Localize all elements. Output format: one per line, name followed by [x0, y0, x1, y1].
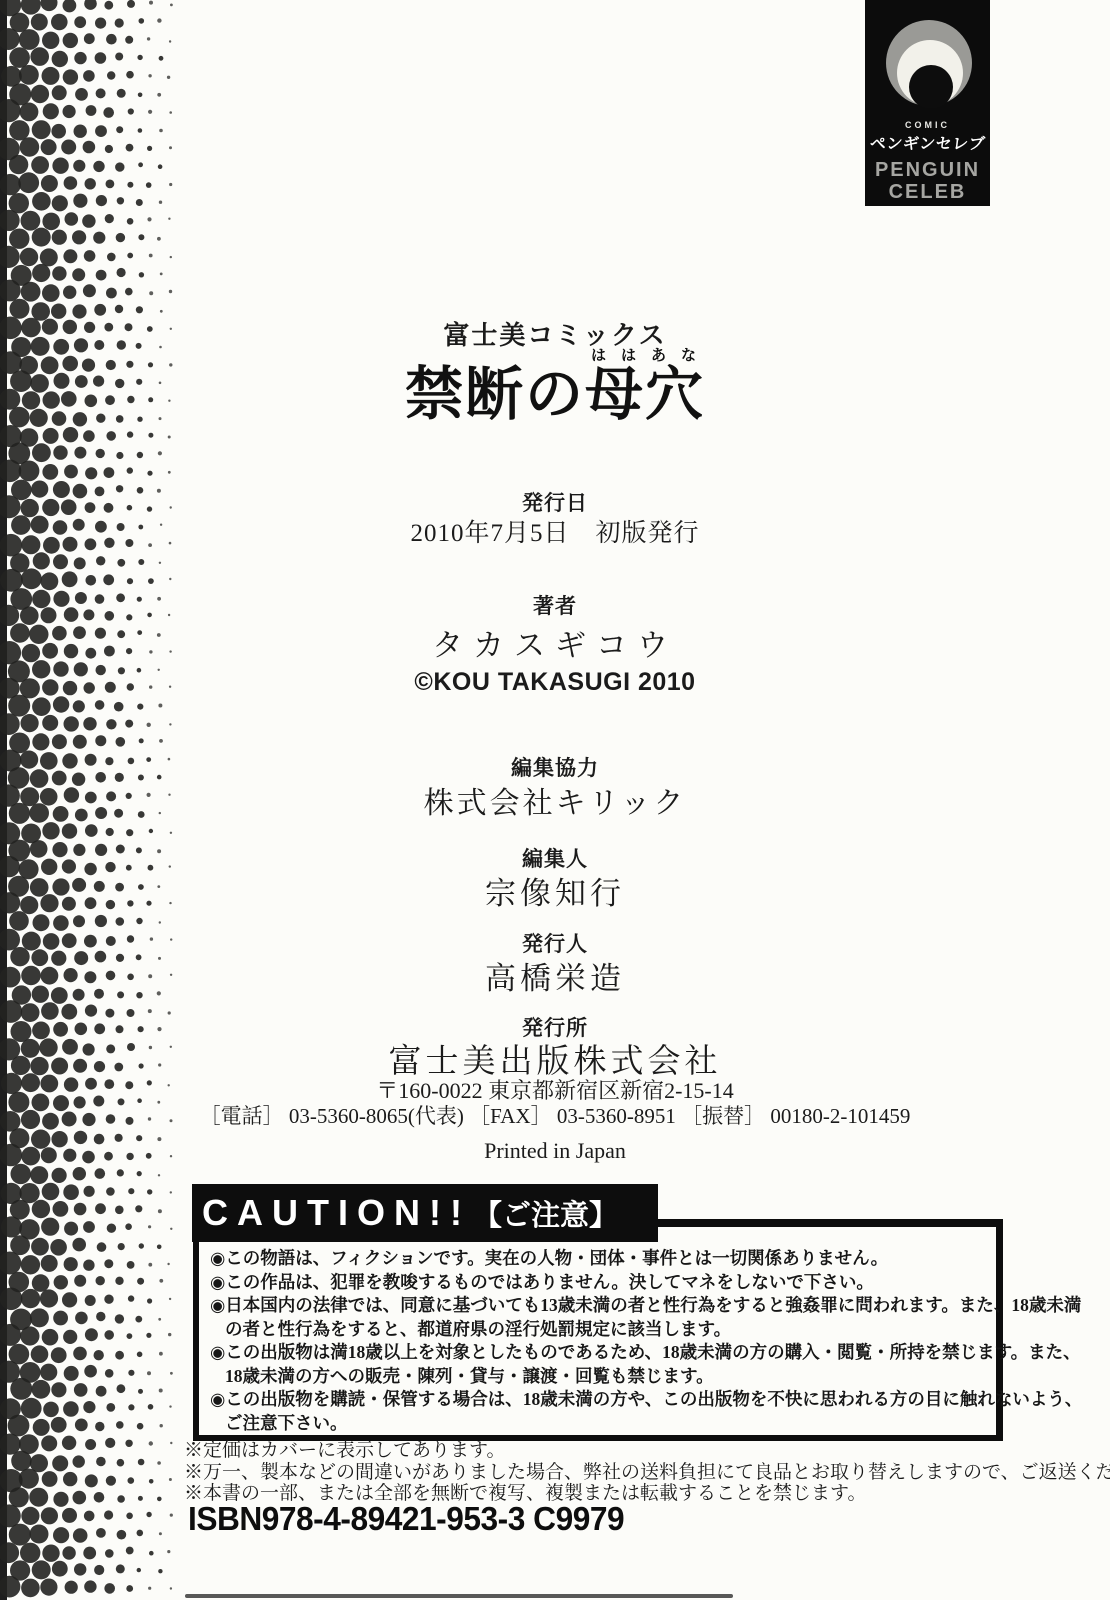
caution-header: CAUTION!! 【ご注意】: [192, 1184, 658, 1242]
footnote-line: ※万一、製本などの間違いがありました場合、弊社の送料負担にて良品とお取り替えしま…: [184, 1462, 1104, 1484]
caution-text: ◉この物語は、フィクションです。実在の人物・団体・事件とは一切関係ありません。 …: [210, 1247, 994, 1435]
caution-line: ◉この出版物は満18歳以上を対象としたものであるため、18歳未満の方の購入・閲覧…: [210, 1341, 994, 1365]
copyright-line: ©KOU TAKASUGI 2010: [180, 668, 930, 697]
footnotes: ※定価はカバーに表示してあります。 ※万一、製本などの間違いがありました場合、弊…: [184, 1440, 1104, 1505]
penguin-emblem-icon: [865, 0, 990, 116]
publisher-person-name: 高橋栄造: [180, 953, 930, 998]
caution-line: ◉この出版物を購読・保管する場合は、18歳未満の方や、この出版物を不快に思われる…: [210, 1388, 994, 1412]
halftone-dots-pattern: [0, 0, 185, 1600]
printed-in-japan: Printed in Japan: [180, 1138, 930, 1164]
caution-header-jp: 【ご注意】: [473, 1193, 618, 1234]
logo-celeb-label: CELEB: [889, 181, 967, 203]
author-name: タカスギコウ: [180, 620, 930, 665]
isbn-code: ISBN978-4-89421-953-3 C9979: [188, 1500, 624, 1538]
penguin-celeb-logo: COMIC ペンギンセレブ PENGUIN CELEB: [865, 0, 990, 206]
publish-date-value: 2010年7月5日 初版発行: [180, 513, 930, 549]
caution-line: ◉この物語は、フィクションです。実在の人物・団体・事件とは一切関係ありません。: [210, 1247, 994, 1271]
caution-line: ◉この作品は、犯罪を教唆するものではありません。決してマネをしないで下さい。: [210, 1271, 994, 1295]
logo-katakana-label: ペンギンセレブ: [869, 131, 987, 154]
publisher-contacts: ［電話］ 03-5360-8065(代表) ［FAX］ 03-5360-8951…: [180, 1100, 930, 1130]
caution-line: ◉日本国内の法律では、同意に基づいても13歳未満の者と性行為をすると強姦罪に問わ…: [210, 1294, 994, 1318]
author-label: 著者: [180, 590, 930, 620]
editing-cooperation-value: 株式会社キリック: [180, 778, 930, 822]
caution-header-en: CAUTION!!: [202, 1192, 471, 1234]
caution-line: ご注意下さい。: [210, 1412, 994, 1436]
footnote-line: ※定価はカバーに表示してあります。: [184, 1440, 1104, 1462]
colophon-page: COMIC ペンギンセレブ PENGUIN CELEB 富士美コミックス 禁断の…: [0, 0, 1110, 1600]
caution-box-left-border: [193, 1242, 199, 1441]
caution-box-top-border: [653, 1219, 1003, 1227]
book-title: 禁断の母穴ははあな: [180, 347, 930, 431]
logo-penguin-label: PENGUIN: [875, 159, 980, 181]
caution-line: の者と性行為をすると、都道府県の淫行処罰規定に該当します。: [210, 1318, 994, 1342]
caution-line: 18歳未満の方への販売・陳列・貸与・譲渡・回覧も禁じます。: [210, 1365, 994, 1389]
logo-comic-label: COMIC: [905, 120, 950, 130]
editor-name: 宗像知行: [180, 868, 930, 913]
scan-artifact-line: [185, 1594, 733, 1598]
